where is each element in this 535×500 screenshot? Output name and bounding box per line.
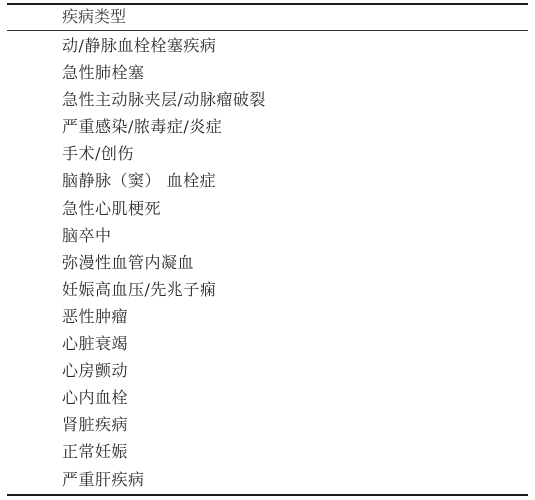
table-row: 脑静脉（窦） 血栓症 xyxy=(62,170,266,197)
table-row: 心脏衰竭 xyxy=(62,333,266,360)
table-row: 急性心肌梗死 xyxy=(62,198,266,225)
table-bottom-rule xyxy=(7,494,528,496)
table-row: 严重感染/脓毒症/炎症 xyxy=(62,116,266,143)
table-top-rule xyxy=(7,3,528,5)
table-row: 手术/创伤 xyxy=(62,143,266,170)
table-row: 严重肝疾病 xyxy=(62,469,266,496)
column-header-disease-type: 疾病类型 xyxy=(62,7,126,27)
table-row: 恶性肿瘤 xyxy=(62,306,266,333)
table-row: 急性肺栓塞 xyxy=(62,62,266,89)
table-row: 脑卒中 xyxy=(62,225,266,252)
table-header-rule xyxy=(7,30,528,31)
table-row: 动/静脉血栓栓塞疾病 xyxy=(62,35,266,62)
table-row: 心房颤动 xyxy=(62,360,266,387)
table-row: 急性主动脉夹层/动脉瘤破裂 xyxy=(62,89,266,116)
disease-type-list: 动/静脉血栓栓塞疾病 急性肺栓塞 急性主动脉夹层/动脉瘤破裂 严重感染/脓毒症/… xyxy=(62,35,266,496)
table-row: 弥漫性血管内凝血 xyxy=(62,252,266,279)
table-row: 正常妊娠 xyxy=(62,441,266,468)
table-row: 心内血栓 xyxy=(62,387,266,414)
table-row: 肾脏疾病 xyxy=(62,414,266,441)
table-row: 妊娠高血压/先兆子痫 xyxy=(62,279,266,306)
